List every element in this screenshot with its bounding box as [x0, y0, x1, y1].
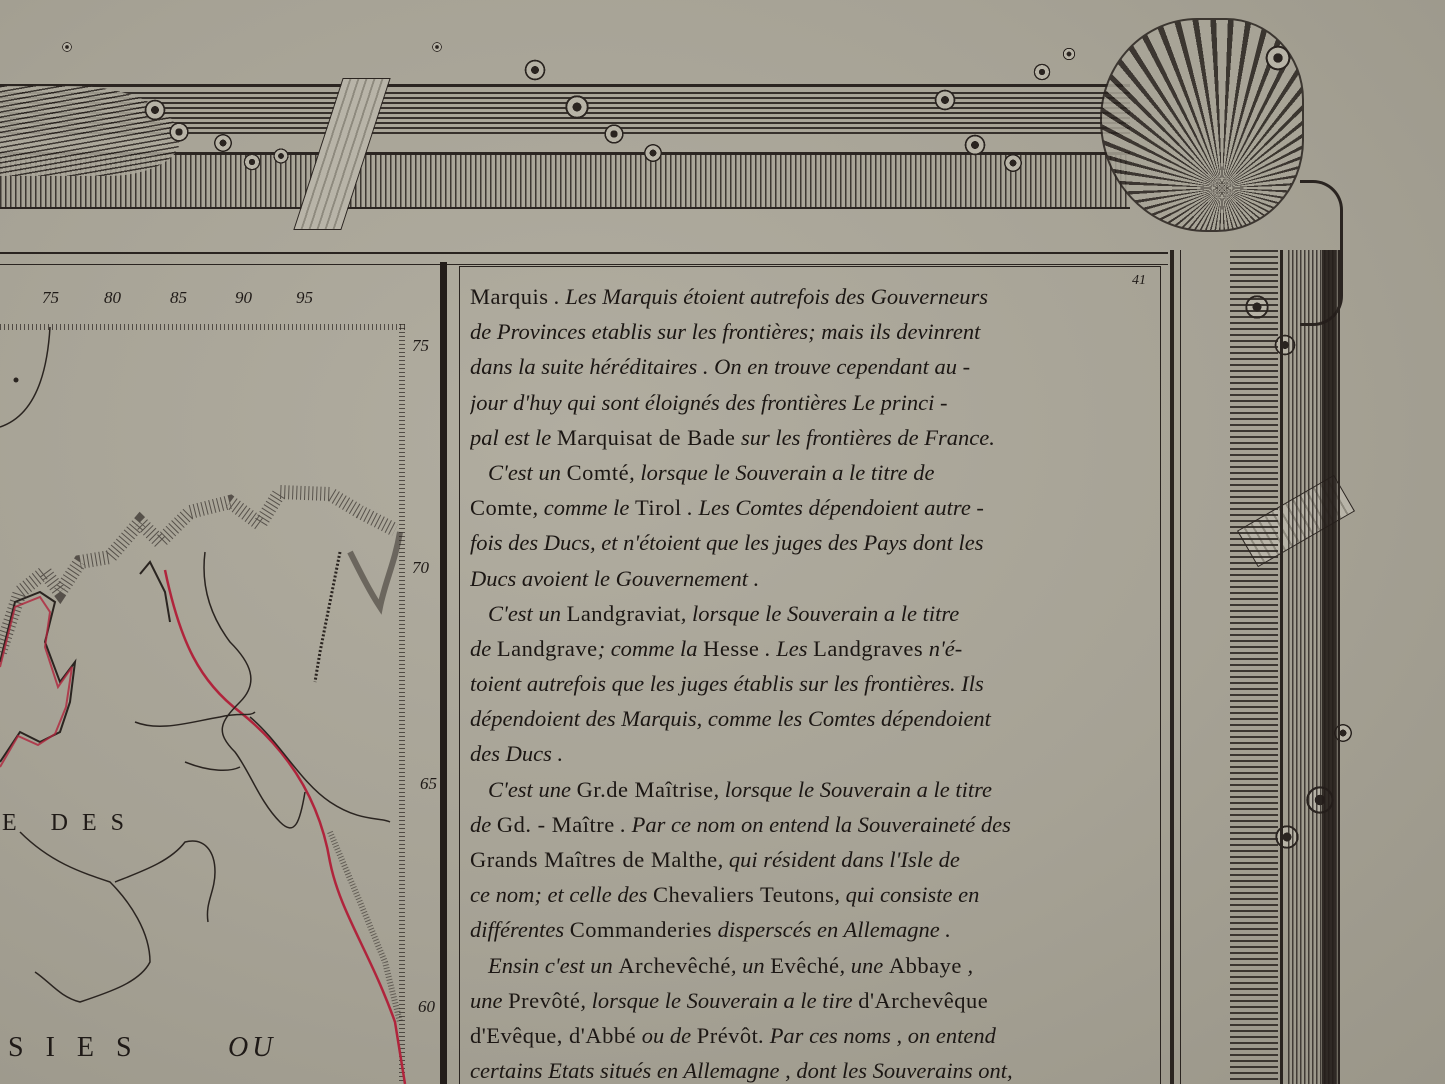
- vertical-rule-inner: [1180, 250, 1181, 1084]
- italic-text: , lorsque le Souverain a le titre de: [629, 460, 934, 485]
- roman-term: Gr.de Maîtrise: [577, 777, 714, 802]
- italic-text: ce nom; et celle des: [470, 882, 653, 907]
- text-line: fois des Ducs, et n'étoient que les juge…: [470, 525, 1160, 560]
- italic-text: . Par ce nom on entend la Souveraineté d…: [615, 812, 1011, 837]
- italic-text: de: [470, 812, 497, 837]
- roman-term: Tirol: [635, 495, 682, 520]
- text-line: pal est le Marquisat de Bade sur les fro…: [470, 420, 1160, 455]
- italic-text: disperscés en Allemagne .: [712, 917, 951, 942]
- italic-text: dans la suite héréditaires . On en trouv…: [470, 354, 970, 379]
- italic-text: , lorsque le Souverain a le titre: [714, 777, 993, 802]
- italic-text: , qui résident dans l'Isle de: [718, 847, 960, 872]
- text-line: de Landgrave; comme la Hesse . Les Landg…: [470, 631, 1160, 666]
- text-line: toient autrefois que les juges établis s…: [470, 666, 1160, 701]
- roman-term: Marquis: [470, 284, 549, 309]
- italic-text: C'est une: [488, 777, 577, 802]
- roman-term: Marquisat de Bade: [557, 425, 735, 450]
- map-region-label: SIES: [8, 1032, 154, 1064]
- roman-term: Comté: [567, 460, 630, 485]
- text-line: Ensin c'est un Archevêché, un Evêché, un…: [470, 948, 1160, 983]
- text-line: C'est une Gr.de Maîtrise, lorsque le Sou…: [470, 772, 1160, 807]
- roman-term: Prévôt: [697, 1023, 759, 1048]
- italic-text: , comme le: [533, 495, 635, 520]
- text-line: de Gd. - Maître . Par ce nom on entend l…: [470, 807, 1160, 842]
- italic-text: n'é-: [923, 636, 962, 661]
- italic-text: , une: [839, 953, 888, 978]
- text-line: dans la suite héréditaires . On en trouv…: [470, 349, 1160, 384]
- text-line: certains Etats situés en Allemagne , don…: [470, 1053, 1160, 1084]
- map-region-label: OU: [228, 1032, 276, 1064]
- italic-text: ou de: [636, 1023, 697, 1048]
- text-line: des Ducs .: [470, 736, 1160, 771]
- roman-term: Landgraviat: [567, 601, 681, 626]
- italic-text: sur les frontières de France.: [735, 425, 995, 450]
- italic-text: C'est un: [488, 460, 567, 485]
- roman-term: Chevaliers Teutons: [653, 882, 834, 907]
- roman-term: Landgrave: [497, 636, 598, 661]
- italic-text: différentes: [470, 917, 570, 942]
- roman-term: Grands Maîtres de Malthe: [470, 847, 718, 872]
- italic-text: de: [470, 636, 497, 661]
- italic-text: Ensin c'est un: [488, 953, 618, 978]
- italic-text: . Les Marquis étoient autrefois des Gouv…: [549, 284, 989, 309]
- italic-text: , lorsque le Souverain a le titre: [681, 601, 960, 626]
- ornamental-right-column: [1230, 250, 1340, 1084]
- italic-text: des Ducs .: [470, 741, 563, 766]
- roman-term: Archevêché: [618, 953, 730, 978]
- text-line: jour d'huy qui sont éloignés des frontiè…: [470, 385, 1160, 420]
- italic-text: . Par ces noms , on entend: [758, 1023, 995, 1048]
- text-line: C'est un Comté, lorsque le Souverain a l…: [470, 455, 1160, 490]
- map-panel: 75 80 85 90 95 75 70 65 60 E DES SIES OU: [0, 262, 440, 1084]
- italic-text: , qui consiste en: [834, 882, 979, 907]
- text-line: d'Evêque, d'Abbé ou de Prévôt. Par ces n…: [470, 1018, 1160, 1053]
- text-line: C'est un Landgraviat, lorsque le Souvera…: [470, 596, 1160, 631]
- italic-text: de Provinces etablis sur les frontières;…: [470, 319, 980, 344]
- italic-text: fois des Ducs, et n'étoient que les juge…: [470, 530, 983, 555]
- italic-text: toient autrefois que les juges établis s…: [470, 671, 984, 696]
- roman-term: Abbaye: [889, 953, 962, 978]
- italic-text: ; comme la: [598, 636, 704, 661]
- italic-text: certains Etats situés en Allemagne , don…: [470, 1058, 1013, 1083]
- italic-text: Ducs avoient le Gouvernement .: [470, 566, 759, 591]
- italic-text: ,: [962, 953, 973, 978]
- roman-term: Gd. - Maître: [497, 812, 615, 837]
- text-panel: 41 Marquis . Les Marquis étoient autrefo…: [440, 262, 1173, 1084]
- text-line: dépendoient des Marquis, comme les Comte…: [470, 701, 1160, 736]
- text-box: 41 Marquis . Les Marquis étoient autrefo…: [459, 266, 1161, 1084]
- text-line: une Prevôté, lorsque le Souverain a le t…: [470, 983, 1160, 1018]
- roman-term: Hesse: [703, 636, 759, 661]
- italic-text: . Les Comtes dépendoient autre -: [682, 495, 984, 520]
- text-line: ce nom; et celle des Chevaliers Teutons,…: [470, 877, 1160, 912]
- map-drawing: [0, 262, 440, 1084]
- roman-term: Comte: [470, 495, 533, 520]
- text-line: Marquis . Les Marquis étoient autrefois …: [470, 279, 1160, 314]
- italic-text: une: [470, 988, 508, 1013]
- text-line: différentes Commanderies disperscés en A…: [470, 912, 1160, 947]
- italic-text: pal est le: [470, 425, 557, 450]
- roman-term: Prevôté: [508, 988, 580, 1013]
- roman-term: Landgraves: [813, 636, 923, 661]
- roman-term: d'Archevêque: [858, 988, 988, 1013]
- text-line: de Provinces etablis sur les frontières;…: [470, 314, 1160, 349]
- roman-term: Commanderies: [570, 917, 712, 942]
- italic-text: jour d'huy qui sont éloignés des frontiè…: [470, 390, 947, 415]
- map-region-label: E DES: [2, 810, 138, 837]
- italic-text: . Les: [759, 636, 813, 661]
- text-line: Ducs avoient le Gouvernement .: [470, 561, 1160, 596]
- description-text: Marquis . Les Marquis étoient autrefois …: [470, 279, 1160, 1084]
- italic-text: C'est un: [488, 601, 567, 626]
- roman-term: Evêché: [770, 953, 839, 978]
- italic-text: , lorsque le Souverain a le tire: [580, 988, 858, 1013]
- text-line: Comte, comme le Tirol . Les Comtes dépen…: [470, 490, 1160, 525]
- text-line: Grands Maîtres de Malthe, qui résident d…: [470, 842, 1160, 877]
- italic-text: dépendoient des Marquis, comme les Comte…: [470, 706, 991, 731]
- italic-text: , un: [731, 953, 770, 978]
- roman-term: d'Evêque, d'Abbé: [470, 1023, 636, 1048]
